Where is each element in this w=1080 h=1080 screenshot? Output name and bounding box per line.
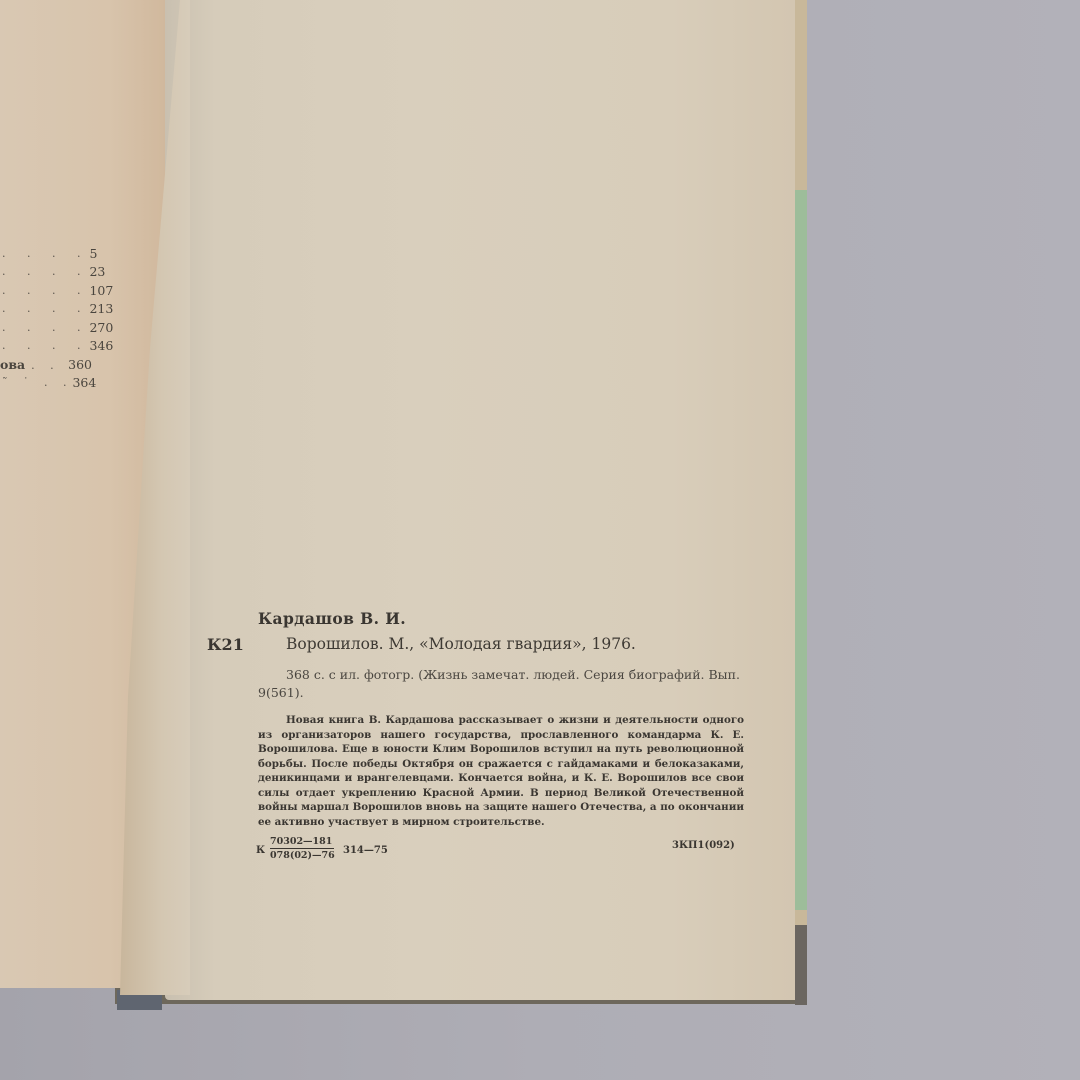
toc-page-number: 360 [68,357,92,372]
toc-leader-dots: . . . . [0,247,89,260]
toc-page-number: 270 [89,320,113,335]
toc-row: . . . . 346 [0,337,92,356]
toc-page-number: 346 [89,338,113,353]
toc-row: . . . . 23 [0,263,92,282]
toc-row: . . . . 213 [0,300,92,319]
index-prefix: К [256,845,265,856]
index-fraction: 70302—181 078(02)—76 [270,836,335,861]
catalog-description: 368 с. с ил. фотогр. (Жизнь замечат. люд… [258,666,743,702]
toc-page-number: 364 [72,375,96,390]
toc-leader-dots: . . . . [0,284,89,297]
book-cover-dark-corner [795,925,807,1005]
toc-page-number: 5 [89,246,97,261]
toc-row: . . . . 270 [0,318,92,337]
toc-leader-dots: . . . . [0,265,89,278]
toc-row: . . . . 5 [0,244,92,263]
catalog-title-line: Ворошилов. М., «Молодая гвардия», 1976. [286,635,636,653]
toc-leader-dots: . . . . [0,339,89,352]
toc-page-number: 213 [89,301,113,316]
toc-leader-dots: . . . . [0,321,89,334]
index-denominator: 078(02)—76 [270,849,335,861]
toc-row: . . . . 107 [0,281,92,300]
toc-page-number: 23 [89,264,105,279]
toc-page-number: 107 [89,283,113,298]
table-of-contents: . . . . 5 . . . . 23 . . . . 107 . . . .… [0,244,92,392]
toc-row: ˜ ˙ . . 364 [0,374,92,393]
catalog-annotation: Новая книга В. Кардашова рассказывает о … [258,713,744,829]
bbk-code: 3КП1(092) [672,840,735,851]
toc-row: ова . . 360 [0,355,92,374]
book-cover-green-strip [795,190,807,910]
catalog-author: Кардашов В. И. [258,609,406,628]
index-suffix: 314—75 [343,845,388,856]
toc-leader-dots: . . . . [0,302,89,315]
catalog-classification-code: К21 [207,635,244,654]
index-numerator: 70302—181 [270,836,334,849]
toc-label-fragment: ова . . [0,357,60,372]
toc-leader-dots: ˜ ˙ . . [0,376,72,389]
